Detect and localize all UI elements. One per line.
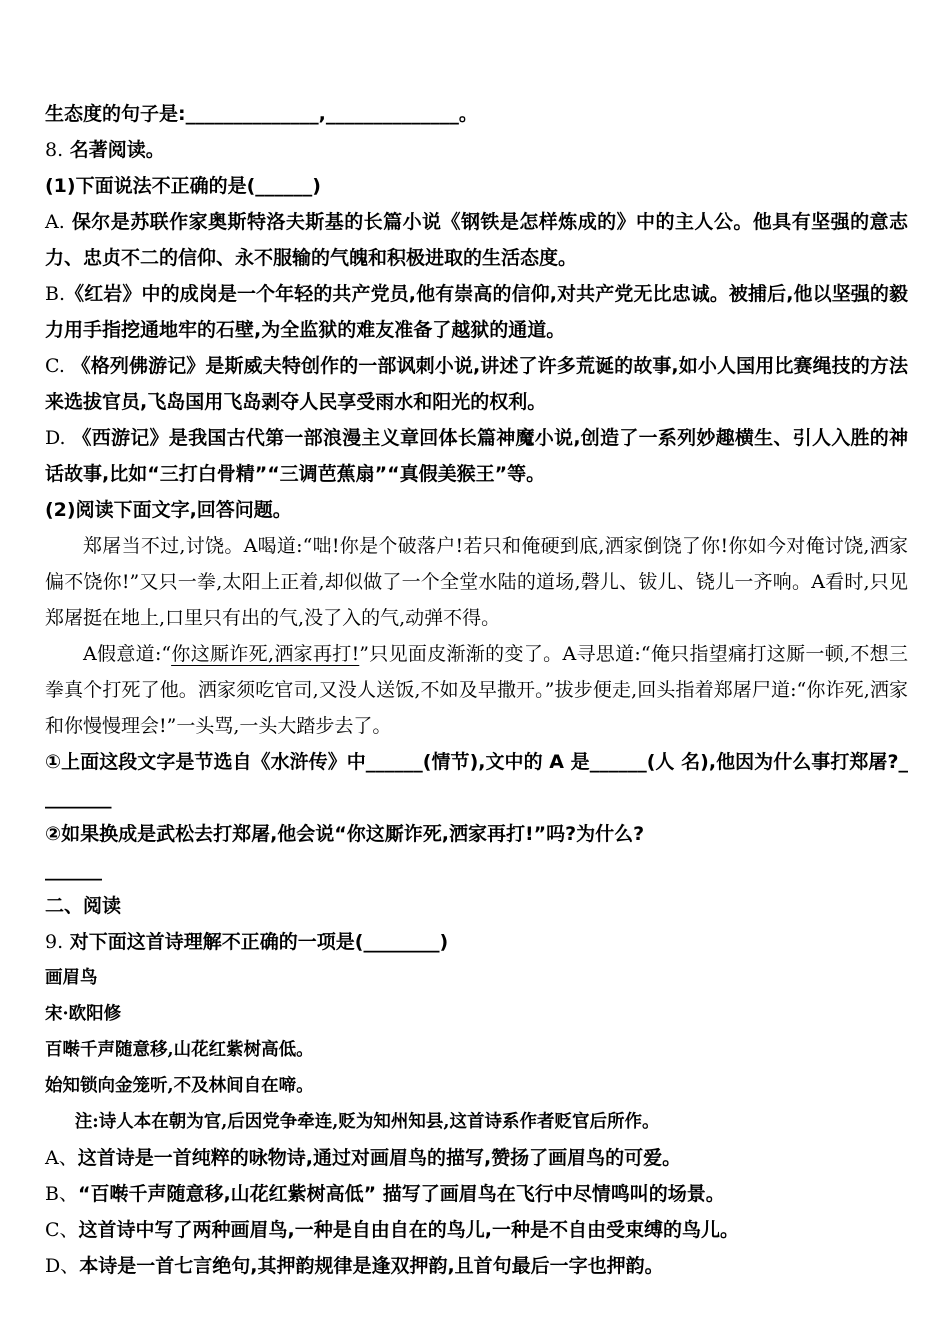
passage-2-lead: A假意道:“ xyxy=(83,643,171,665)
q9-option-b: B、“百啭千声随意移,山花红紫树高低” 描写了画眉鸟在飞行中尽情鸣叫的场景。 xyxy=(45,1176,908,1212)
q8-option-b-text: 《红岩》中的成岗是一个年轻的共产党员,他有崇高的信仰,对共产党无比忠诚。被捕后,… xyxy=(45,283,908,341)
question-8-header: 8. 名著阅读。 xyxy=(45,132,908,168)
question-9-prompt: 对下面这首诗理解不正确的一项是(________) xyxy=(70,931,448,953)
q8-option-c: C. 《格列佛游记》是斯威夫特创作的一部讽刺小说,讲述了许多荒诞的故事,如小人国… xyxy=(45,348,908,420)
q8-part1-label: (1) xyxy=(45,175,76,197)
q9-option-c-text: 这首诗中写了两种画眉鸟,一种是自由自在的鸟儿,一种是不自由受束缚的鸟儿。 xyxy=(79,1219,739,1241)
question-9-number: 9. xyxy=(45,931,63,953)
q8-sub-question-1: ①上面这段文字是节选自《水浒传》中______(情节),文中的 A 是_____… xyxy=(45,744,908,816)
q9-option-b-label: B、 xyxy=(45,1183,78,1205)
q9-option-d: D、本诗是一首七言绝句,其押韵规律是逢双押韵,且首句最后一字也押韵。 xyxy=(45,1248,908,1284)
poem-line-1: 百啭千声随意移,山花红紫树高低。 xyxy=(45,1032,908,1068)
question-8-title: 名著阅读。 xyxy=(70,139,165,161)
q9-option-c: C、这首诗中写了两种画眉鸟,一种是自由自在的鸟儿,一种是不自由受束缚的鸟儿。 xyxy=(45,1212,908,1248)
question-8-number: 8. xyxy=(45,139,63,161)
q9-option-b-text: “百啭千声随意移,山花红紫树高低” 描写了画眉鸟在飞行中尽情鸣叫的场景。 xyxy=(78,1183,725,1205)
q8-part1-text: 下面说法不正确的是(______) xyxy=(76,175,321,197)
q8-option-b-label: B. xyxy=(45,283,65,305)
section-2-heading: 二、阅读 xyxy=(45,888,908,924)
q9-option-c-label: C、 xyxy=(45,1219,79,1241)
q8-option-d-text: 《西游记》是我国古代第一部浪漫主义章回体长篇神魔小说,创造了一系列妙趣横生、引人… xyxy=(45,427,908,485)
q8-option-b: B.《红岩》中的成岗是一个年轻的共产党员,他有崇高的信仰,对共产党无比忠诚。被捕… xyxy=(45,276,908,348)
q8-option-a-label: A. xyxy=(45,211,65,233)
q8-option-d-label: D. xyxy=(45,427,66,449)
poem-title: 画眉鸟 xyxy=(45,960,908,996)
q8-option-a-text: 保尔是苏联作家奥斯特洛夫斯基的长篇小说《钢铁是怎样炼成的》中的主人公。他具有坚强… xyxy=(45,211,908,269)
q8-part2-prompt: (2)阅读下面文字,回答问题。 xyxy=(45,492,908,528)
poem-line-2: 始知锁向金笼听,不及林间自在啼。 xyxy=(45,1068,908,1104)
document-page: 生态度的句子是:______________,______________。 8… xyxy=(0,0,950,1344)
underlined-phrase: 你这厮诈死,洒家再打! xyxy=(171,643,359,665)
q9-option-a-text: 这首诗是一首纯粹的咏物诗,通过对画眉鸟的描写,赞扬了画眉鸟的可爱。 xyxy=(78,1147,681,1169)
passage-paragraph-1: 郑屠当不过,讨饶。A喝道:“咄!你是个破落户!若只和俺硬到底,洒家倒饶了你!你如… xyxy=(45,528,908,636)
poem-note: 注:诗人本在朝为官,后因党争牵连,贬为知州知县,这首诗系作者贬官后所作。 xyxy=(45,1104,908,1140)
question-9-header: 9. 对下面这首诗理解不正确的一项是(________) xyxy=(45,924,908,960)
fill-in-blank-line: 生态度的句子是:______________,______________。 xyxy=(45,96,908,132)
q8-part2-label: (2) xyxy=(45,499,76,521)
q8-option-a: A. 保尔是苏联作家奥斯特洛夫斯基的长篇小说《钢铁是怎样炼成的》中的主人公。他具… xyxy=(45,204,908,276)
q9-option-d-label: D、 xyxy=(45,1255,79,1277)
poem-author: 宋·欧阳修 xyxy=(45,996,908,1032)
q9-option-d-text: 本诗是一首七言绝句,其押韵规律是逢双押韵,且首句最后一字也押韵。 xyxy=(79,1255,663,1277)
q8-part2-text: 阅读下面文字,回答问题。 xyxy=(76,499,292,521)
q8-part1-prompt: (1)下面说法不正确的是(______) xyxy=(45,168,908,204)
q8-sub-question-2: ②如果换成是武松去打郑屠,他会说“你这厮诈死,洒家再打!”吗?为什么? xyxy=(45,816,908,852)
q9-option-a-label: A、 xyxy=(45,1147,78,1169)
passage-paragraph-2: A假意道:“你这厮诈死,洒家再打!”只见面皮渐渐的变了。A寻思道:“俺只指望痛打… xyxy=(45,636,908,744)
q8-option-c-label: C. xyxy=(45,355,65,377)
answer-blank-line: ______ xyxy=(45,852,908,888)
q8-option-c-text: 《格列佛游记》是斯威夫特创作的一部讽刺小说,讲述了许多荒诞的故事,如小人国用比赛… xyxy=(45,355,908,413)
q9-option-a: A、这首诗是一首纯粹的咏物诗,通过对画眉鸟的描写,赞扬了画眉鸟的可爱。 xyxy=(45,1140,908,1176)
q8-option-d: D. 《西游记》是我国古代第一部浪漫主义章回体长篇神魔小说,创造了一系列妙趣横生… xyxy=(45,420,908,492)
